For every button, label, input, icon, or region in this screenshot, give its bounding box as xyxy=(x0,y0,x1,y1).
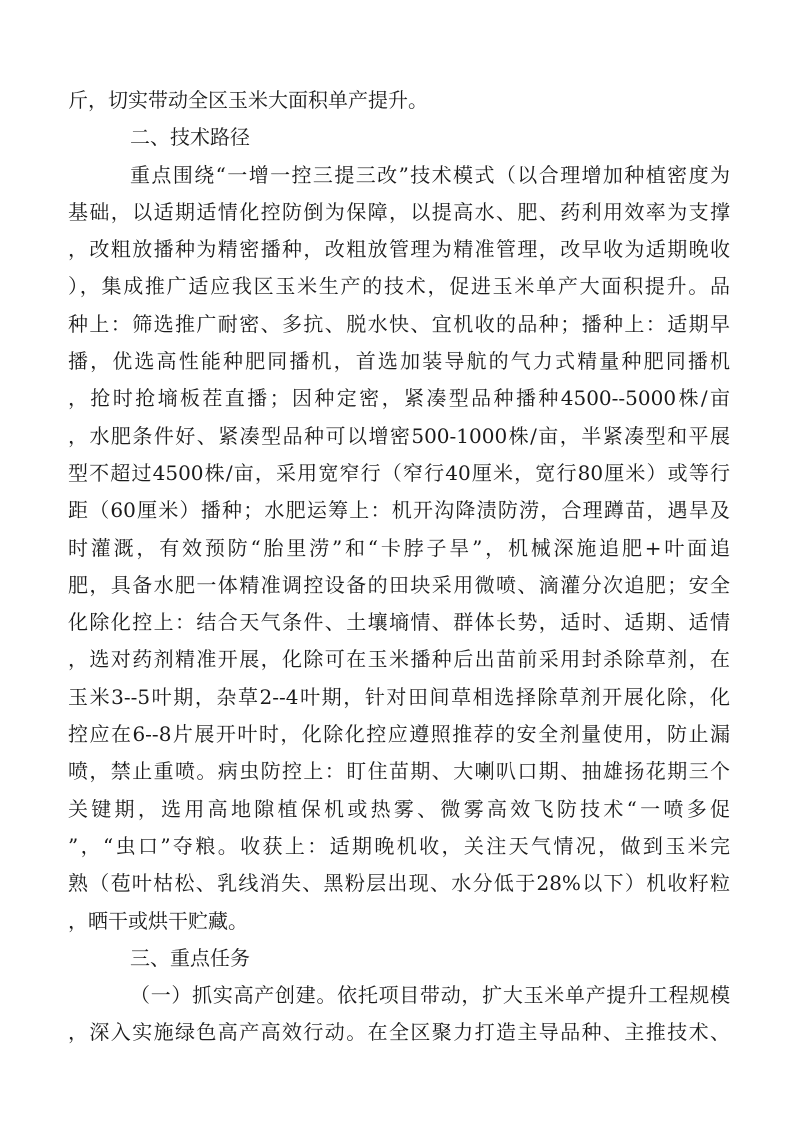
body-line: 种上：筛选推广耐密、多抗、脱水快、宜机收的品种；播种上：适期早 xyxy=(68,306,730,343)
body-line: 玉米3--5叶期，杂草2--4叶期，针对田间草相选择除草剂开展化除，化 xyxy=(68,679,730,716)
body-line: ），集成推广适应我区玉米生产的技术，促进玉米单产大面积提升。品 xyxy=(68,268,730,305)
body-line: ”，“虫口”夺粮。收获上：适期晚机收，关注天气情况，做到玉米完 xyxy=(68,828,730,865)
body-line: 喷，禁止重喷。病虫防控上：盯住苗期、大喇叭口期、抽雄扬花期三个 xyxy=(68,753,730,790)
body-line: 重点围绕“一增一控三提三改”技术模式（以合理增加种植密度为 xyxy=(68,157,730,194)
body-line: ，选对药剂精准开展，化除可在玉米播种后出苗前采用封杀除草剂，在 xyxy=(68,641,730,678)
body-line: 型不超过4500株/亩，采用宽窄行（窄行40厘米，宽行80厘米）或等行 xyxy=(68,455,730,492)
section-heading-technical-route: 二、技术路径 xyxy=(68,119,730,156)
body-line: 距（60厘米）播种；水肥运筹上：机开沟降渍防涝，合理蹲苗，遇旱及 xyxy=(68,492,730,529)
body-line: ，抢时抢墒板茬直播；因种定密，紧凑型品种播种4500--5000株/亩 xyxy=(68,380,730,417)
body-line: 时灌溉，有效预防“胎里涝”和“卡脖子旱”，机械深施追肥+叶面追 xyxy=(68,530,730,567)
section-heading-key-tasks: 三、重点任务 xyxy=(68,940,730,977)
document-page: 斤，切实带动全区玉米大面积单产提升。 二、技术路径 重点围绕“一增一控三提三改”… xyxy=(68,82,730,1052)
body-line: 关键期，选用高地隙植保机或热雾、微雾高效飞防技术“一喷多促 xyxy=(68,791,730,828)
body-line: 肥，具备水肥一体精准调控设备的田块采用微喷、滴灌分次追肥；安全 xyxy=(68,567,730,604)
body-line: 播，优选高性能种肥同播机，首选加装导航的气力式精量种肥同播机 xyxy=(68,343,730,380)
body-line: ，晒干或烘干贮藏。 xyxy=(68,903,730,940)
body-line: 化除化控上：结合天气条件、土壤墒情、群体长势，适时、适期、适情 xyxy=(68,604,730,641)
subsection-line: （一）抓实高产创建。依托项目带动，扩大玉米单产提升工程规模 xyxy=(68,977,730,1014)
body-line: 控应在6--8片展开叶时，化除化控应遵照推荐的安全剂量使用，防止漏 xyxy=(68,716,730,753)
body-line: 基础，以适期适情化控防倒为保障，以提高水、肥、药利用效率为支撑 xyxy=(68,194,730,231)
body-line: ，水肥条件好、紧凑型品种可以增密500-1000株/亩，半紧凑型和平展 xyxy=(68,418,730,455)
body-line: ，深入实施绿色高产高效行动。在全区聚力打造主导品种、主推技术、 xyxy=(68,1014,730,1051)
body-line: 熟（苞叶枯松、乳线消失、黑粉层出现、水分低于28%以下）机收籽粒 xyxy=(68,865,730,902)
paragraph-tail-line: 斤，切实带动全区玉米大面积单产提升。 xyxy=(68,82,730,119)
body-line: ，改粗放播种为精密播种，改粗放管理为精准管理，改早收为适期晚收 xyxy=(68,231,730,268)
